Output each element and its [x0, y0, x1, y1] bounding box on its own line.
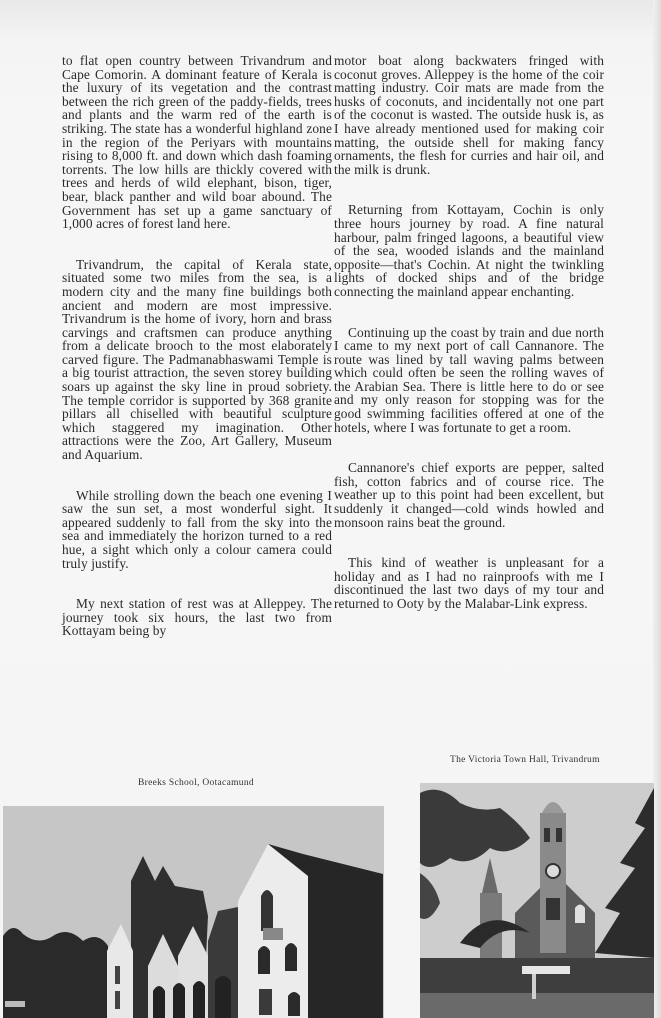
paragraph: Trivandrum, the capital of Kerala state,…	[62, 258, 332, 462]
paragraph: My next station of rest was at Alleppey.…	[62, 597, 332, 638]
paragraph: This kind of weather is unpleasant for a…	[334, 556, 604, 610]
paragraph: Returning from Kottayam, Cochin is only …	[334, 203, 604, 298]
paragraph: to flat open country between Trivandrum …	[62, 54, 332, 231]
town-hall-illustration	[420, 783, 654, 1018]
paragraph: Cannanore's chief exports are pepper, sa…	[334, 461, 604, 529]
photo-caption-town-hall: The Victoria Town Hall, Trivandrum	[450, 755, 600, 765]
right-text-column: motor boat along backwaters fringed with…	[334, 54, 604, 611]
paragraph: motor boat along backwaters fringed with…	[334, 54, 604, 176]
left-text-column: to flat open country between Trivandrum …	[62, 54, 332, 638]
paragraph: Continuing up the coast by train and due…	[334, 326, 604, 435]
victoria-town-hall-photo	[420, 783, 654, 1018]
breeks-school-photo	[3, 806, 384, 1018]
school-building-illustration	[3, 806, 384, 1018]
page-edge	[653, 0, 661, 1018]
photo-caption-breeks-school: Breeks School, Ootacamund	[138, 778, 254, 788]
paragraph: While strolling down the beach one eveni…	[62, 489, 332, 571]
